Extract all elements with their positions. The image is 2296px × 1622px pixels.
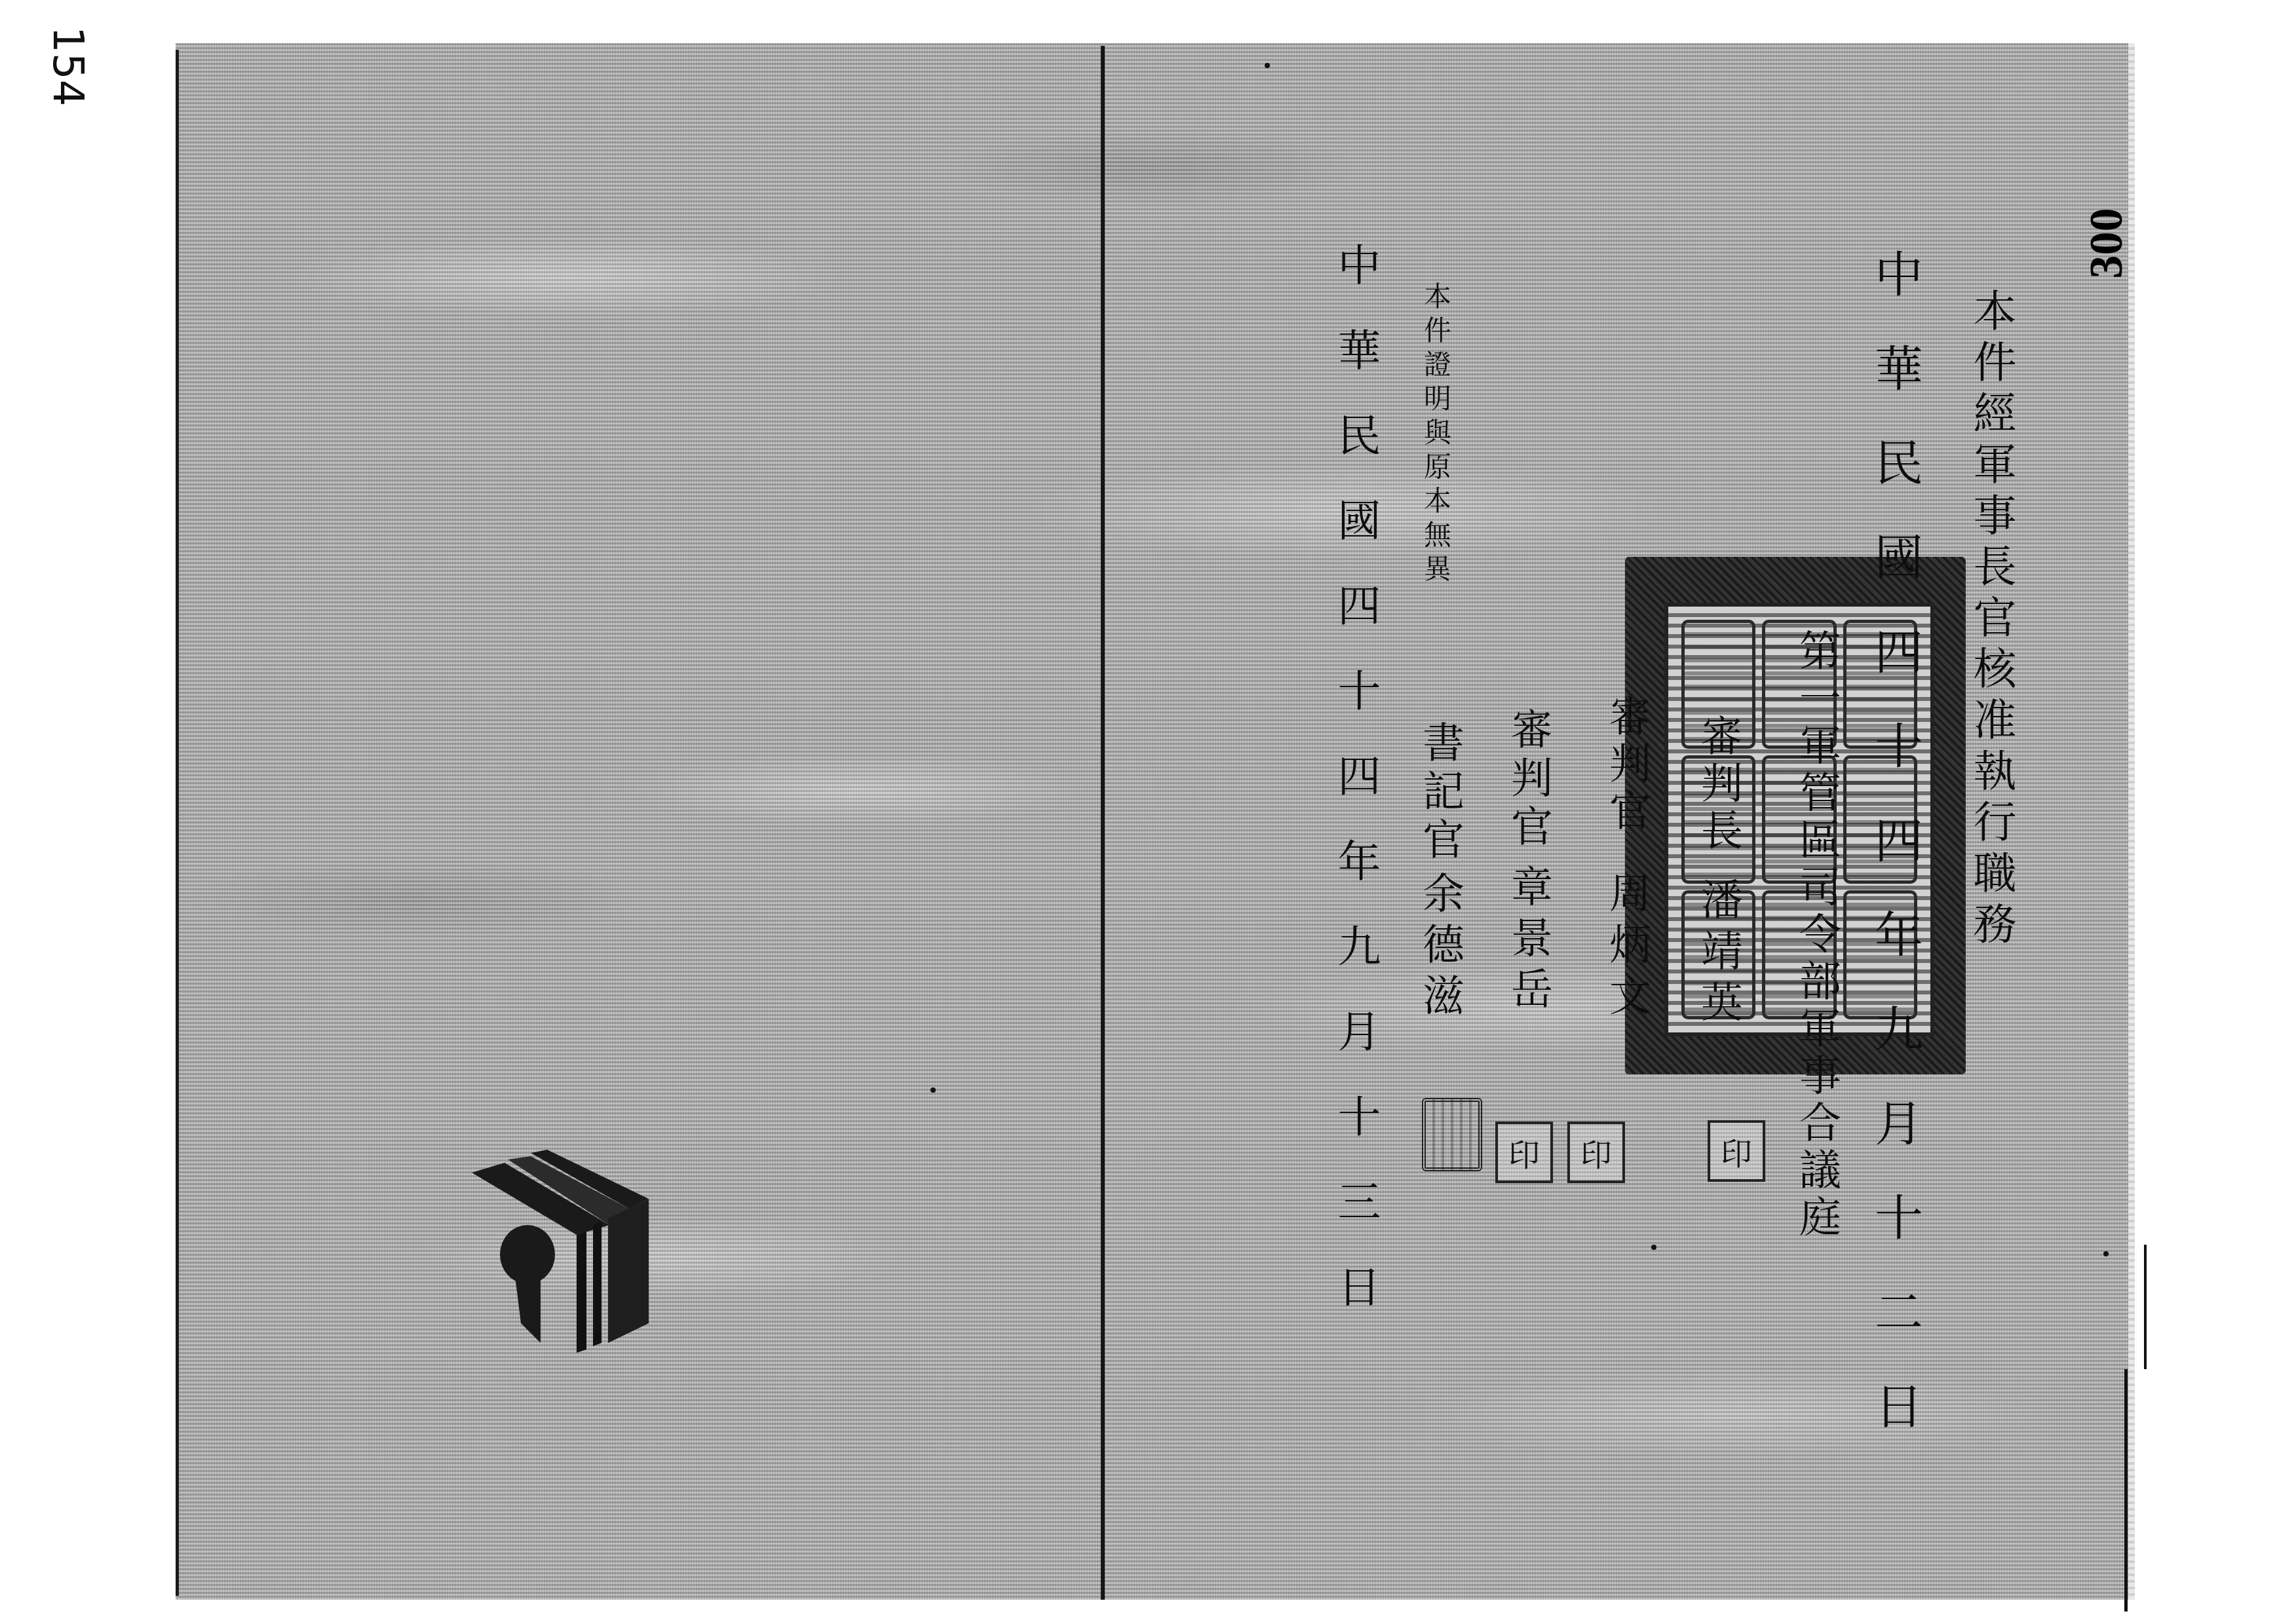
judge-2-seal: 印: [1495, 1122, 1553, 1183]
scan-speck: [2103, 1251, 2109, 1256]
scan-speck: [930, 1087, 936, 1093]
scan-speck: [1265, 63, 1270, 68]
authorization-note: 本件經軍事長官核准執行職務: [1969, 288, 2012, 952]
handwritten-margin-number: 154: [43, 26, 92, 106]
sheet-left-edge: [176, 50, 179, 1596]
clerk-name: 余德滋: [1419, 871, 1461, 1025]
presiding-judge-label: 審判長: [1697, 714, 1739, 856]
page-number: 300: [2079, 208, 2133, 279]
edge-mark: [2124, 1369, 2128, 1612]
judge-2-label: 審判官: [1507, 707, 1549, 853]
judge-1-name: 周炳文: [1605, 871, 1647, 1025]
clerk-seal: [1422, 1098, 1482, 1171]
certification-date: 中華民國四十四年九月十三日: [1333, 242, 1377, 1349]
scan-speck: [1651, 1245, 1656, 1250]
book-keyhole-logo-icon: [459, 1127, 655, 1363]
presiding-judge-seal: 印: [1708, 1120, 1765, 1182]
judge-2-name: 章景岳: [1507, 865, 1549, 1018]
clerk-label: 書記官: [1419, 721, 1461, 866]
judge-1-seal: 印: [1567, 1122, 1625, 1183]
judge-1-label: 審判官: [1605, 694, 1647, 836]
edge-mark: [2144, 1245, 2147, 1369]
court-name: 第一軍管區司令部軍事合議庭: [1795, 629, 1837, 1242]
page-fold-divider: [1101, 46, 1105, 1600]
presiding-judge-name: 潘靖英: [1697, 878, 1739, 1031]
certification-note: 本件證明與原本無異: [1422, 282, 1449, 588]
judgment-date: 中華民國四十四年九月十二日: [1871, 249, 1919, 1475]
